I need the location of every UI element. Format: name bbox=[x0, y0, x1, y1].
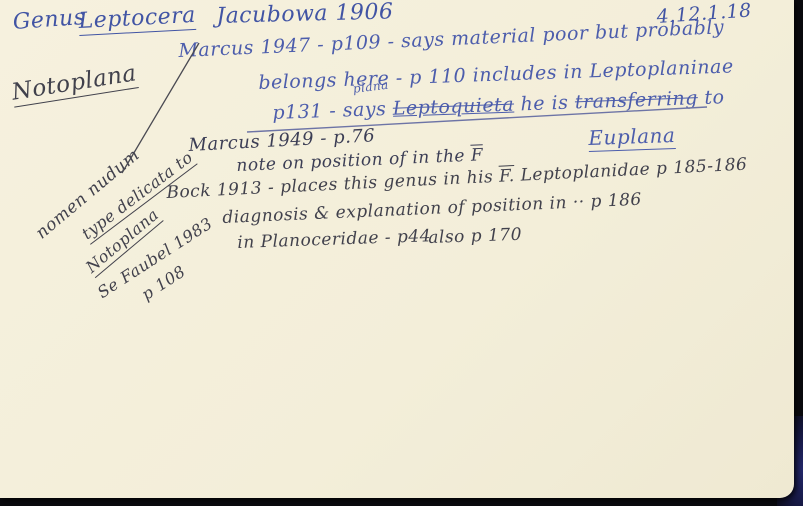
family-abbrev-overbar: F bbox=[470, 145, 483, 166]
transfer-target-name: Euplana bbox=[588, 123, 676, 152]
genus-author: Jacubowa 1906 bbox=[216, 0, 394, 29]
marcus-1947-line3: p131 - says Leptoquieta he is transferri… bbox=[272, 86, 725, 124]
bock-1913-line3-left: in Planoceridae - p44 bbox=[237, 226, 431, 253]
bock-1913-line3-right: also p 170 bbox=[428, 225, 522, 248]
margin-notoplana-top: Notoplana bbox=[10, 60, 139, 107]
line3-suffix: to bbox=[697, 86, 724, 109]
line3-struck-genus: Leptoquieta bbox=[392, 94, 514, 120]
genus-name: Leptocera bbox=[78, 3, 197, 36]
line3-struck-word: transferring bbox=[575, 87, 699, 113]
marcus-1947-insertion: plana bbox=[352, 78, 389, 96]
bock-line1-suffix: Leptoplanidae p 185-186 bbox=[514, 155, 748, 186]
genus-label: Genus bbox=[12, 5, 86, 35]
line3-prefix: p131 - says bbox=[272, 98, 393, 124]
bock-family-abbrev: F. bbox=[499, 166, 516, 187]
index-card: Genus Leptocera Jacubowa 1906 4.12.1.18 … bbox=[0, 0, 794, 498]
line3-mid: he is bbox=[514, 91, 576, 115]
